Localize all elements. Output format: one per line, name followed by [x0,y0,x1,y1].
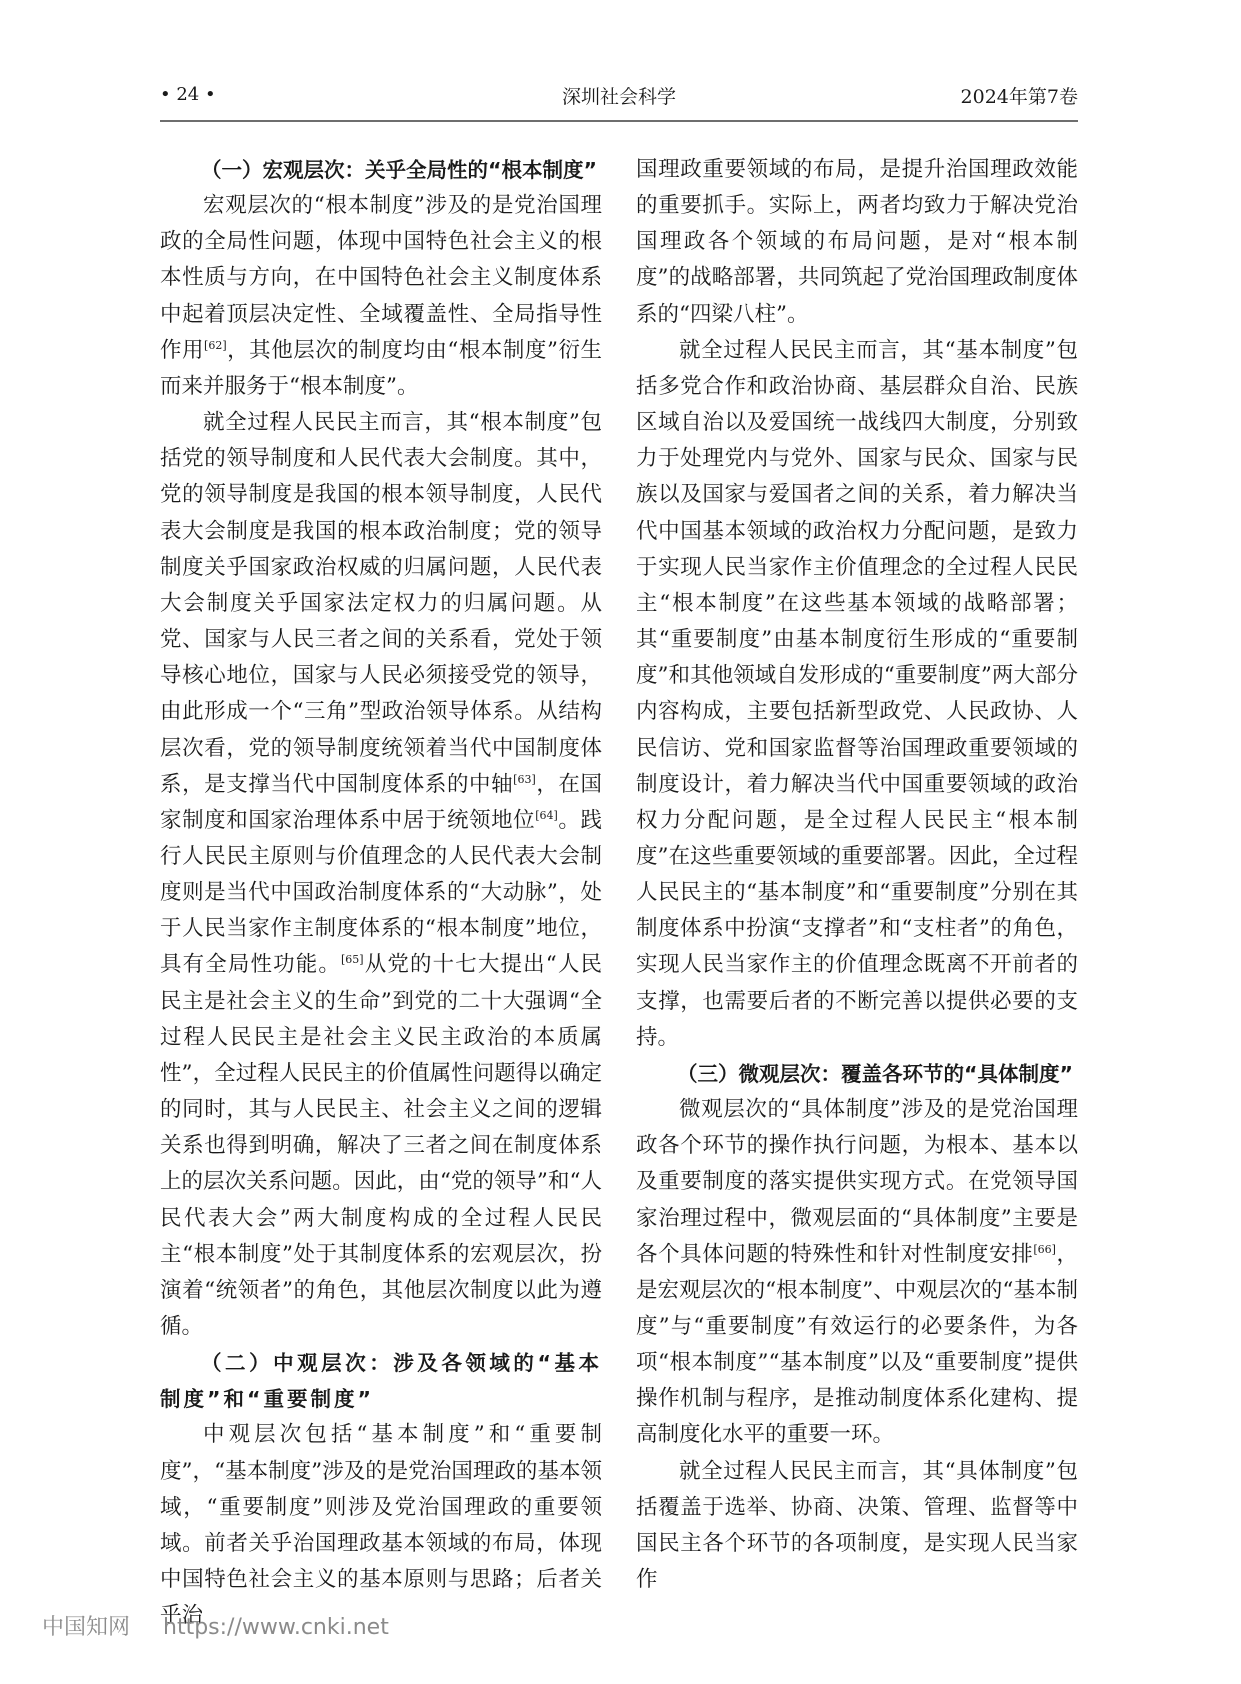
right-column: 国理政重要领域的布局，是提升治国理政效能的重要抓手。实际上，两者均致力于解决党治… [636,152,1078,1598]
citation-ref[interactable]: [66] [1033,1243,1056,1256]
paragraph-continued: 国理政重要领域的布局，是提升治国理政效能的重要抓手。实际上，两者均致力于解决党治… [636,152,1078,333]
paragraph-text: ，是宏观层次的“根本制度”、中观层次的“基本制度”与“重要制度”有效运行的必要条… [636,1242,1078,1448]
citation-ref[interactable]: [62] [204,339,227,352]
paragraph: 就全过程人民民主而言，其“基本制度”包括多党合作和政治协商、基层群众自治、民族区… [636,333,1078,1056]
paragraph: 宏观层次的“根本制度”涉及的是党治国理政的全局性问题，体现中国特色社会主义的根本… [160,188,602,405]
left-column: （一）宏观层次：关乎全局性的“根本制度” 宏观层次的“根本制度”涉及的是党治国理… [160,152,602,1634]
journal-title: 深圳社会科学 [160,82,1078,109]
paragraph: 就全过程人民民主而言，其“具体制度”包括覆盖于选举、协商、决策、管理、监督等中国… [636,1454,1078,1599]
paragraph-text: 从党的十七大提出“人民民主是社会主义的生命”到党的二十大强调“全过程人民民主是社… [160,952,602,1339]
cnki-logo-text: 中国知网 [42,1615,130,1640]
paragraph-text: 微观层次的“具体制度”涉及的是党治国理政各个环节的操作执行问题，为根本、基本以及… [636,1097,1078,1267]
header-rule [160,120,1078,122]
watermark-footer: 中国知网 https://www.cnki.net [42,1610,389,1641]
paragraph-text: ，其他层次的制度均由“根本制度”衍生而来并服务于“根本制度”。 [160,338,602,399]
paragraph-text: 就全过程人民民主而言，其“根本制度”包括党的领导制度和人民代表大会制度。其中，党… [160,410,602,797]
issue-label: 2024年第7卷 [961,82,1078,109]
paragraph: 微观层次的“具体制度”涉及的是党治国理政各个环节的操作执行问题，为根本、基本以及… [636,1092,1078,1454]
paragraph: 就全过程人民民主而言，其“根本制度”包括党的领导制度和人民代表大会制度。其中，党… [160,405,602,1345]
paragraph: 中观层次包括“基本制度”和“重要制度”，“基本制度”涉及的是党治国理政的基本领域… [160,1417,602,1634]
section-heading-2: （二）中观层次：涉及各领域的“基本制度”和“重要制度” [160,1345,602,1417]
citation-ref[interactable]: [63] [513,773,536,786]
section-heading-1: （一）宏观层次：关乎全局性的“根本制度” [160,152,602,188]
citation-ref[interactable]: [65] [341,953,364,966]
citation-ref[interactable]: [64] [535,809,558,822]
running-header: • 24 • 深圳社会科学 2024年第7卷 [160,78,1078,114]
section-heading-3: （三）微观层次：覆盖各环节的“具体制度” [636,1056,1078,1092]
cnki-url[interactable]: https://www.cnki.net [163,1615,389,1640]
